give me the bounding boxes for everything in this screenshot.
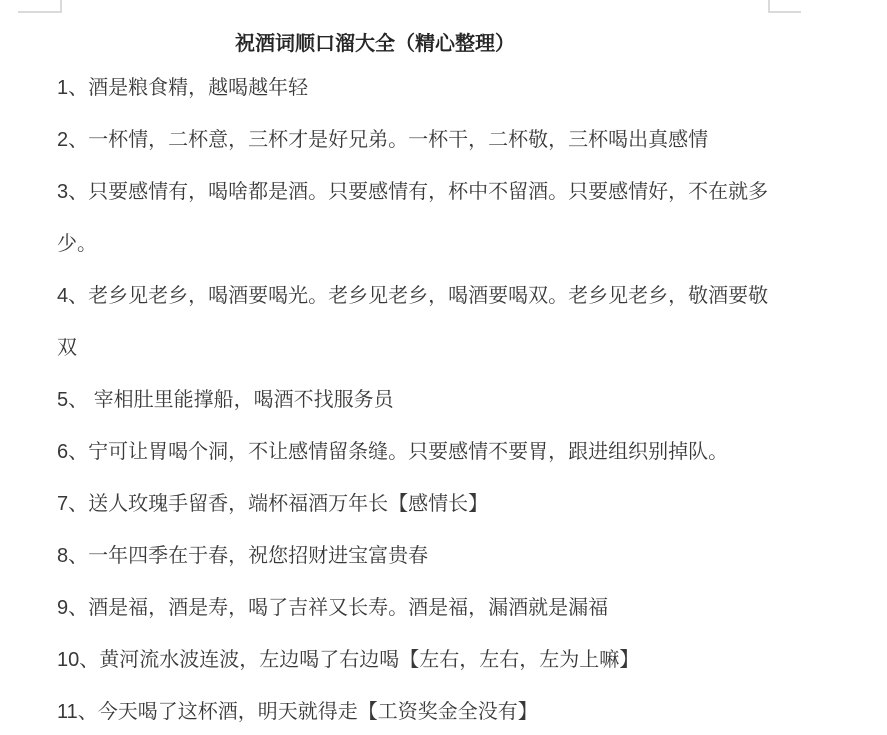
list-item-line: 8、一年四季在于春，祝您招财进宝富贵春 (57, 530, 770, 582)
list-item-line: 5、 宰相肚里能撑船，喝酒不找服务员 (57, 374, 770, 426)
document-body: 1、酒是粮食精，越喝越年轻 2、一杯情，二杯意，三杯才是好兄弟。一杯干，二杯敬，… (57, 62, 770, 735)
list-item-line: 4、老乡见老乡，喝酒要喝光。老乡见老乡，喝酒要喝双。老乡见老乡，敬酒要敬 (57, 270, 770, 322)
page-title: 祝酒词顺口溜大全（精心整理） (57, 31, 770, 57)
list-item: 11、今天喝了这杯酒，明天就得走【工资奖金全没有】 (57, 686, 770, 735)
list-item: 4、老乡见老乡，喝酒要喝光。老乡见老乡，喝酒要喝双。老乡见老乡，敬酒要敬 双 (57, 270, 770, 374)
list-item-line: 6、宁可让胃喝个洞，不让感情留条缝。只要感情不要胃，跟进组织别掉队。 (57, 426, 770, 478)
list-item: 10、黄河流水波连波，左边喝了右边喝【左右，左右，左为上嘛】 (57, 634, 770, 686)
list-item: 2、一杯情，二杯意，三杯才是好兄弟。一杯干，二杯敬，三杯喝出真感情 (57, 114, 770, 166)
list-item: 3、只要感情有，喝啥都是酒。只要感情有，杯中不留酒。只要感情好，不在就多 少。 (57, 166, 770, 270)
list-item-line: 双 (57, 322, 770, 374)
page-margin-mark-top-right-horizontal (768, 11, 801, 13)
list-item: 5、 宰相肚里能撑船，喝酒不找服务员 (57, 374, 770, 426)
list-item: 1、酒是粮食精，越喝越年轻 (57, 62, 770, 114)
list-item: 9、酒是福，酒是寿，喝了吉祥又长寿。酒是福，漏酒就是漏福 (57, 582, 770, 634)
list-item: 7、送人玫瑰手留香，端杯福酒万年长【感情长】 (57, 478, 770, 530)
list-item-line: 10、黄河流水波连波，左边喝了右边喝【左右，左右，左为上嘛】 (57, 634, 770, 686)
list-item-line: 7、送人玫瑰手留香，端杯福酒万年长【感情长】 (57, 478, 770, 530)
list-item: 8、一年四季在于春，祝您招财进宝富贵春 (57, 530, 770, 582)
list-item-line: 2、一杯情，二杯意，三杯才是好兄弟。一杯干，二杯敬，三杯喝出真感情 (57, 114, 770, 166)
page-margin-mark-top-left-horizontal (18, 11, 61, 13)
list-item-line: 9、酒是福，酒是寿，喝了吉祥又长寿。酒是福，漏酒就是漏福 (57, 582, 770, 634)
list-item-line: 11、今天喝了这杯酒，明天就得走【工资奖金全没有】 (57, 686, 770, 735)
list-item: 6、宁可让胃喝个洞，不让感情留条缝。只要感情不要胃，跟进组织别掉队。 (57, 426, 770, 478)
list-item-line: 1、酒是粮食精，越喝越年轻 (57, 62, 770, 114)
list-item-line: 3、只要感情有，喝啥都是酒。只要感情有，杯中不留酒。只要感情好，不在就多 (57, 166, 770, 218)
list-item-line: 少。 (57, 218, 770, 270)
document-page: 祝酒词顺口溜大全（精心整理） 1、酒是粮食精，越喝越年轻 2、一杯情，二杯意，三… (0, 0, 887, 735)
